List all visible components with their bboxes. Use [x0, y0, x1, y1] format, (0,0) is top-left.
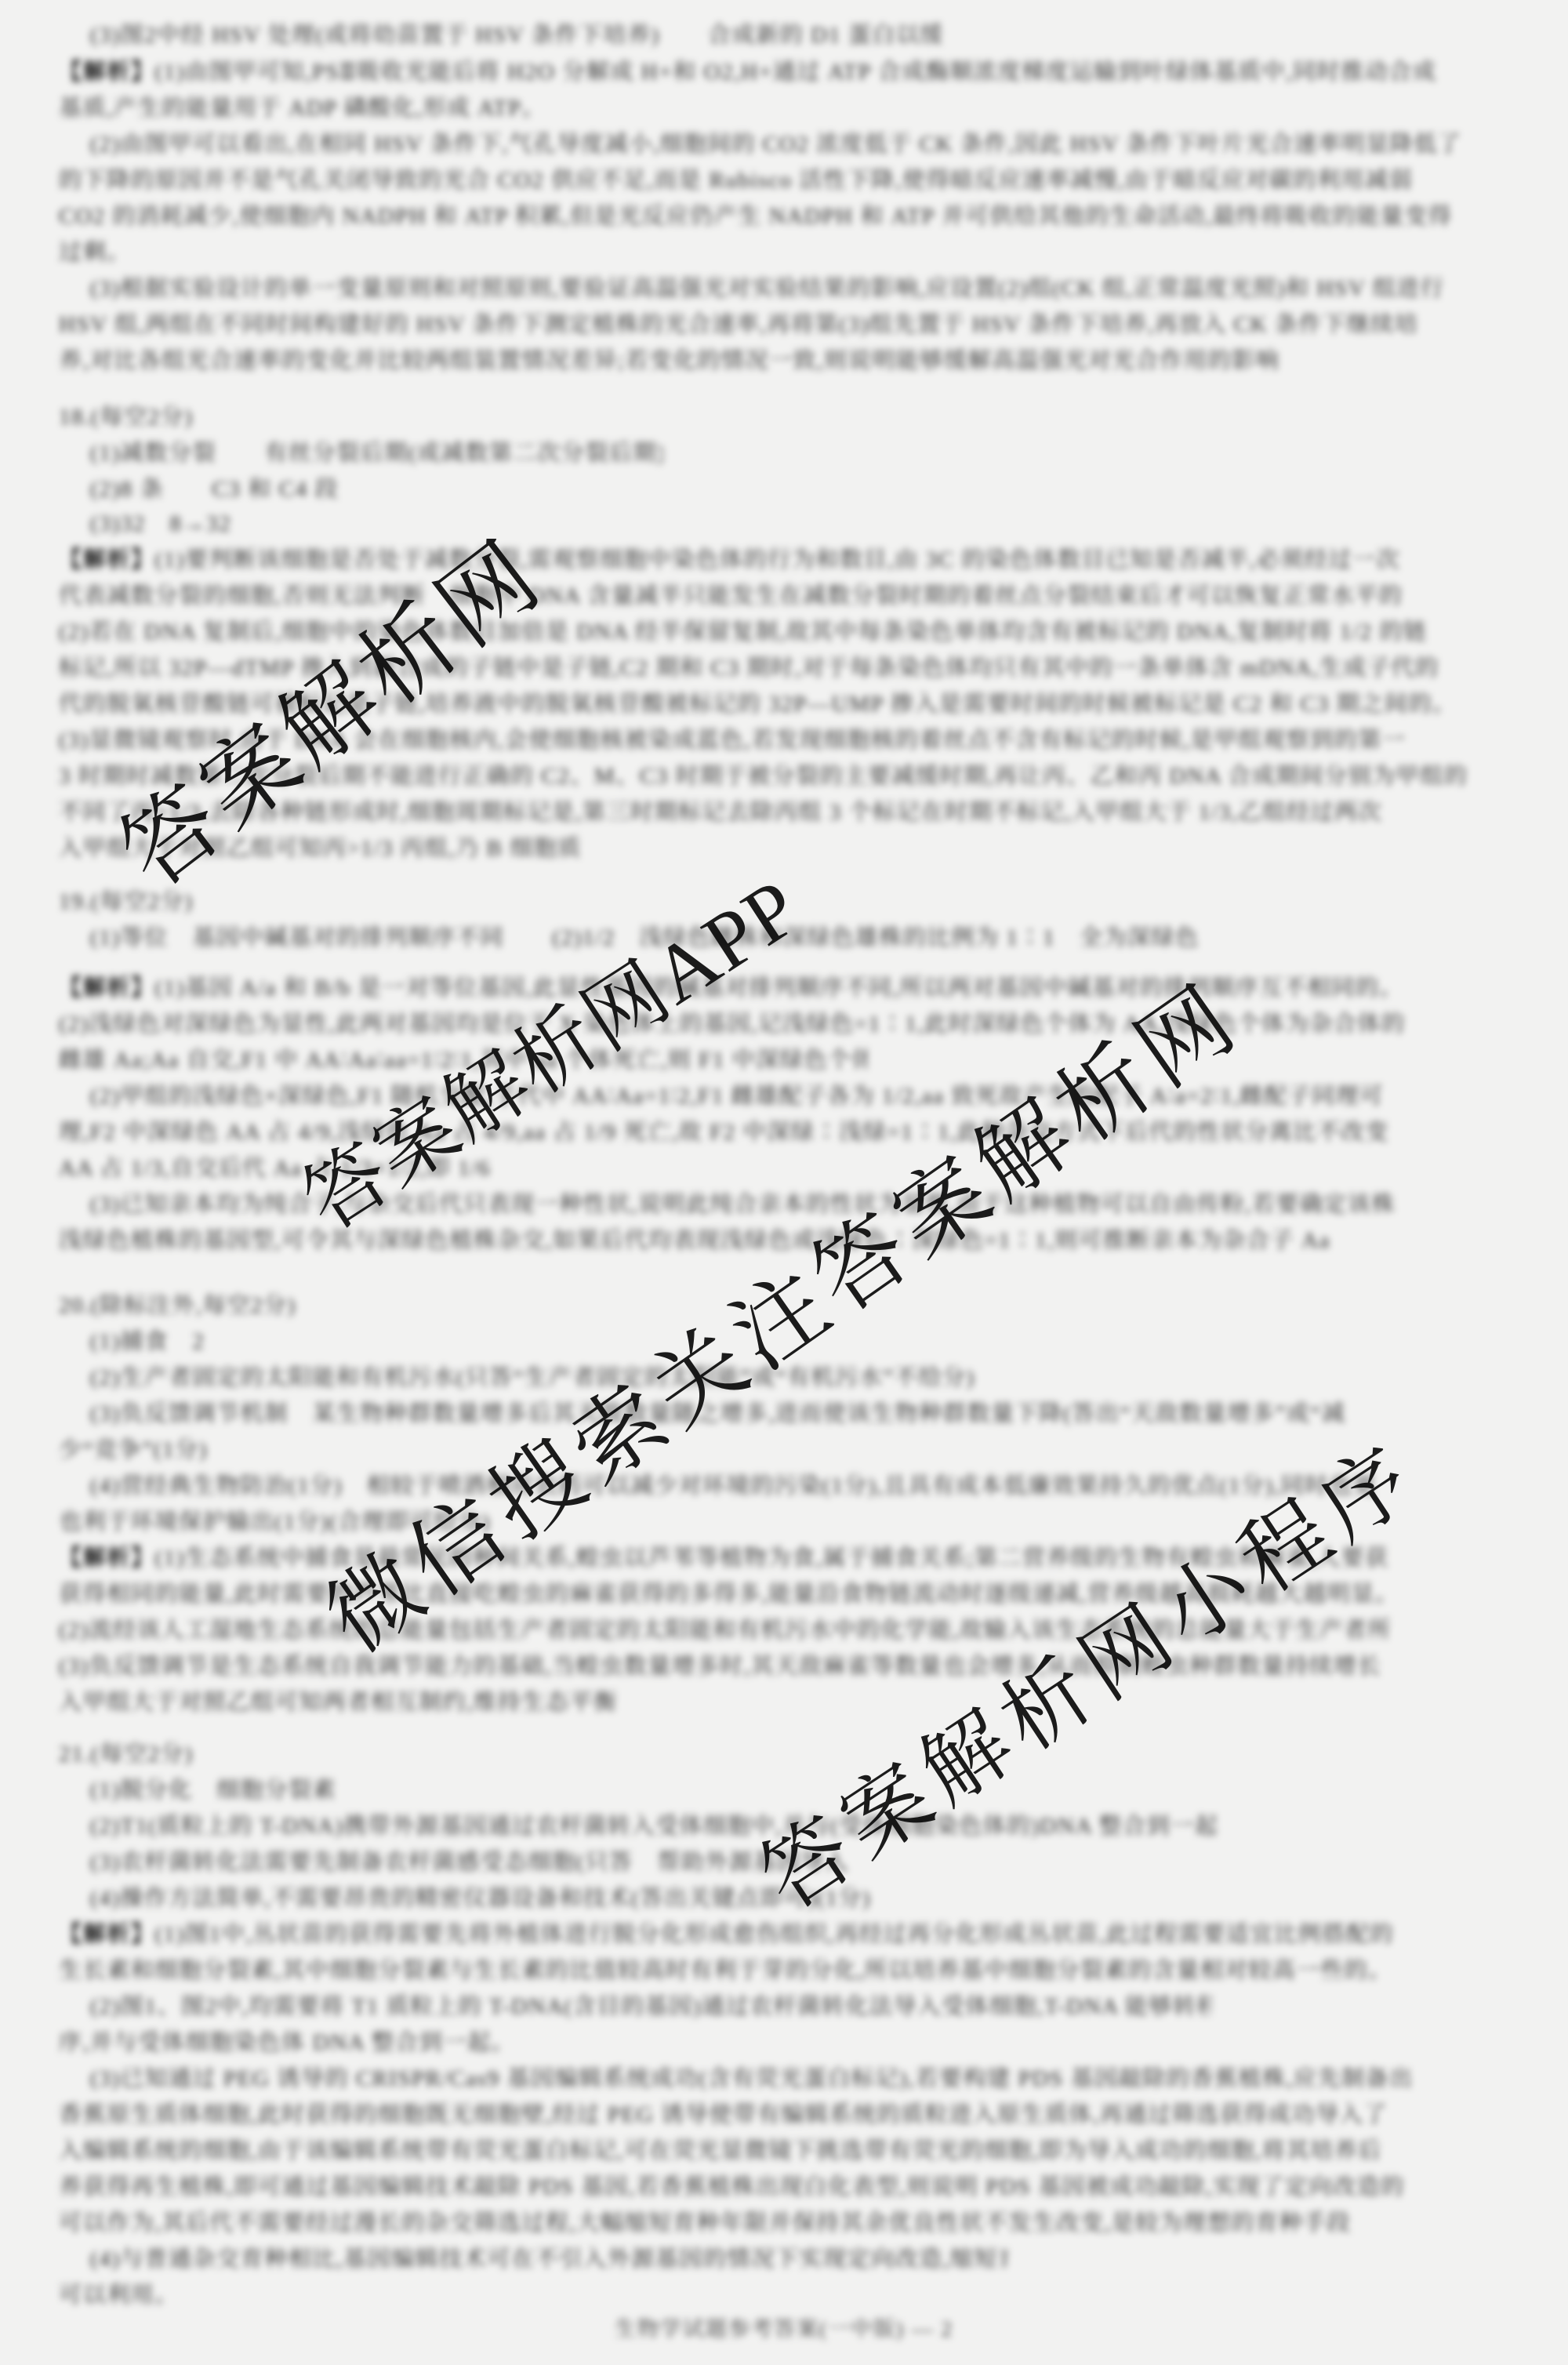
answer-key-line: 20.(除标注外,每空2分)	[59, 1288, 296, 1324]
answer-key-line: (4)营经典生物防治(1分) 相较于喷洒相应农药可以减少对环境的污染(1分),且…	[90, 1468, 1377, 1504]
answer-key-line-bold: 【解析】(1)由图甲可知,PSⅡ吸收光能后将 H2O 分解成 H+和 O2,H+…	[59, 54, 1437, 90]
answer-key-line: 19.(每空2分)	[59, 884, 193, 920]
answer-key-line: (2)浅绿色对深绿色为显性,此两对基因均是位于 X 染色体上的基因,记浅绿色=1…	[59, 1006, 1406, 1042]
answer-key-line: 3 时期时减数第二次分裂后期不能进行正确的 C2、M、C3 时期于被分裂的主要减…	[59, 758, 1468, 794]
answer-key-line: (3)已知通过 PEG 诱导的 CRISPR/Cas9 基因编辑系统成功(含有荧…	[90, 2061, 1414, 2097]
answer-key-line: 代的脱氧核苷酸链可被标记是子链,培养液中的脱氧核苷酸被标记的 32P—UMP 掺…	[59, 686, 1457, 722]
answer-key-line: (3)已知亲本均为纯合子,与杂交后代只表现一种性状,说明此纯合亲本的性状为显性,…	[90, 1186, 1396, 1222]
answer-key-line: 养获得再生植株,即可通过基因编辑技术敲除 PDS 基因,若香蕉植株出现白化表型,…	[59, 2169, 1405, 2205]
answer-key-line: (2)T1(质粒上的 T-DNA)携带外源基因通过农杆菌转入受体细胞中,并与(受…	[90, 1808, 1218, 1844]
answer-key-line: 21.(每空2分)	[59, 1736, 193, 1772]
answer-key-line: 过剩。	[59, 234, 131, 271]
answer-key-line: 养,对比各组光合速率的变化并比较两组装置情况差异;若变化的情况一致,则说明能够缓…	[59, 343, 1279, 379]
answer-key-line: (3)图2中经 HSV 处理(或将幼苗置于 HSV 条件下培养) 合成新的 D1…	[90, 17, 941, 53]
answer-key-line: (1)减数分裂 有丝分裂后期(或减数第二次分裂后期)	[90, 435, 662, 471]
answer-key-line: 理,F2 中深绿色 AA 占 4/9,浅绿色 Aa 占 4/9,aa 占 1/9…	[59, 1114, 1389, 1150]
answer-key-line: 入甲组大于对照乙组可知两者相互制约,维持生态平衡	[59, 1684, 618, 1720]
answer-key-line: 雌雄 Aa;Aa 自交,F1 中 AA∶Aa∶aa=1∶2∶1,其中 aa 个体…	[59, 1042, 866, 1078]
answer-key-line: 香蕉原生质体细胞,此时获得的细胞既无细胞壁,经过 PEG 诱导使带有编辑系统的质…	[59, 2097, 1388, 2133]
answer-key-line: 18.(每空2分)	[59, 399, 193, 435]
answer-key-line: (2)由图甲可以看出,在相同 HSV 条件下,气孔导度减小,细胞间的 CO2 浓…	[90, 126, 1461, 162]
answer-key-line: (3)32 8→32	[90, 506, 231, 542]
text-layer: 生物学试题参考答案(一中版) — 2 (3)图2中经 HSV 处理(或将幼苗置于…	[0, 0, 1568, 2365]
answer-key-line: 浅绿色植株的基因型,可令其与深绿色植株杂交,如果后代均表现浅绿色或浅绿色∶深绿色…	[59, 1222, 1330, 1259]
answer-key-line: 的下降的原因并不是气孔关闭导致的光合 CO2 供应不足,而是 Rubisco 活…	[59, 162, 1413, 198]
answer-key-line-bold: 【解析】(1)要判断该细胞是否处于减数分裂,需观察细胞中染色体的行为和数目,由 …	[59, 542, 1400, 578]
answer-key-line: (2)流经该人工湿地生态系统的总能量包括生产者固定的太阳能和有机污水中的化学能,…	[59, 1612, 1392, 1648]
answer-key-line: (1)捕食 2	[90, 1324, 205, 1360]
answer-key-line: (4)操作方法简单,不需要昂贵的精密仪器设备和技术(答出关键点即可)(1分)	[90, 1880, 871, 1916]
page-footer: 生物学试题参考答案(一中版) — 2	[0, 2312, 1568, 2342]
answer-key-line: (2)图1、图2中,均需要将 T1 质粒上的 T-DNA(含目的基因)通过农杆菌…	[90, 1989, 1211, 2025]
answer-key-line: AA 占 1/3,自交后代 Aa 占 1/3×1/2,即 1/6	[59, 1150, 491, 1186]
answer-key-line: 不同了丙>1/3,去除各种链形成时,细胞周期标记是,第三时期标记去除丙组 3 个…	[59, 794, 1382, 830]
answer-key-page: 生物学试题参考答案(一中版) — 2 (3)图2中经 HSV 处理(或将幼苗置于…	[0, 0, 1568, 2365]
answer-key-line-bold: 【解析】(1)生态系统中捕食是最常见的种间关系,蝗虫以芦苇等植物为食,属于捕食关…	[59, 1540, 1389, 1576]
answer-key-line: (3)农杆菌转化法需要先制备农杆菌感受态细胞(只答 帮助外源基因导入 电转化等均…	[90, 1844, 874, 1880]
answer-key-line: 可以作为,其后代不需要经过漫长的杂交筛选过程,大幅缩短育种年限并保持其余优良性状…	[59, 2205, 1351, 2241]
answer-key-line-bold: 【解析】(1)基因 A/a 和 B/b 是一对等位基因,此显性基因的碱基对排列顺…	[59, 970, 1403, 1006]
answer-key-line-bold: 【解析】(1)图1中,丛状苗的获得需要先将外植体进行脱分化形成愈伤组织,再经过再…	[59, 1916, 1394, 1953]
answer-key-line: (3)显微镜观察时,由于 DNA 会在细胞核内,会使细胞核被染成蓝色,若发现细胞…	[59, 722, 1406, 758]
answer-key-line: 入编辑系统的细胞,由于该编辑系统带有荧光蛋白标记,可在荧光显微镜下挑选带有荧光的…	[59, 2133, 1382, 2169]
answer-key-line: 少“竞争”(1分)	[59, 1432, 208, 1468]
answer-key-line: (1)脱分化 细胞分裂素	[90, 1772, 336, 1808]
answer-key-line: 代表减数分裂的细胞,否则无法判断 细胞中 DNA 含量减半只能发生在减数分裂时期…	[59, 578, 1403, 614]
answer-key-line: 可以利用。	[59, 2277, 179, 2313]
answer-key-line: 生长素和细胞分裂素,其中细胞分裂素与生长素的比值较高时有利于芽的分化,所以培养基…	[59, 1953, 1392, 1989]
answer-key-line: (4)与普通杂交育种相比,基因编辑技术可在不引入外源基因的情况下实现定向改造,缩…	[90, 2241, 1007, 2277]
answer-key-line: 基质,产生的能量用于 ADP 磷酸化,形成 ATP。	[59, 90, 546, 126]
answer-key-line: HSV 组,两组在不同时间构建好的 HSV 条件下测定植株的光合速率,再将第(3…	[59, 307, 1418, 343]
answer-key-line: (2)若在 DNA 复制后,细胞中的染色体数目加倍是 DNA 经半保留复制,故其…	[59, 614, 1428, 650]
answer-key-line: 入甲组大于对照乙组可知丙>1/3 丙组,乃 B 细胞质	[59, 830, 582, 866]
answer-key-line: 也利于环境保护输出(1分)(合理即可给分)	[59, 1504, 491, 1540]
answer-key-line: (3)根据实验设计的单一变量原则和对照原则,要验证高温强光对实验结果的影响,应设…	[90, 271, 1444, 307]
answer-key-line: (2)8 条 C3 和 C4 段	[90, 471, 339, 507]
answer-key-line: (3)负反馈调节是生态系统自我调节能力的基础,当蝗虫数量增多时,其天敌麻雀等数量…	[59, 1648, 1381, 1684]
answer-key-line: 序,并与受体细胞染色体 DNA 整合到一起。	[59, 2025, 515, 2061]
answer-key-line: (2)生产者固定的太阳能和有机污水(只答“生产者固定的太阳能”或“有机污水”不给…	[90, 1360, 975, 1396]
answer-key-line: CO2 的消耗减少,使细胞内 NADPH 和 ATP 积累,但是光反应仍产生 N…	[59, 198, 1452, 234]
answer-key-line: 获得相同的能量,此时需要的芦苇比直接吃蝗虫的麻雀获得的多得多,能量沿食物链流动时…	[59, 1576, 1399, 1612]
answer-key-line: (1)等位 基因中碱基对的排列顺序不同 (2)1/2 浅绿色雌株和深绿色雄株的比…	[90, 920, 1200, 956]
answer-key-line: (3)负反馈调节机制 某生物种群数量增多后其天敌数量随之增多,进而使该生物种群数…	[90, 1396, 1346, 1432]
answer-key-line: (2)甲组的浅绿色×深绿色,F1 随机交配,子代中 AA∶Aa=1∶2,F1 雌…	[90, 1078, 1384, 1114]
answer-key-line: 标记,所以 32P—dTMP 掺入到新合成的子链中是子链,C2 期和 C3 期时…	[59, 650, 1439, 686]
